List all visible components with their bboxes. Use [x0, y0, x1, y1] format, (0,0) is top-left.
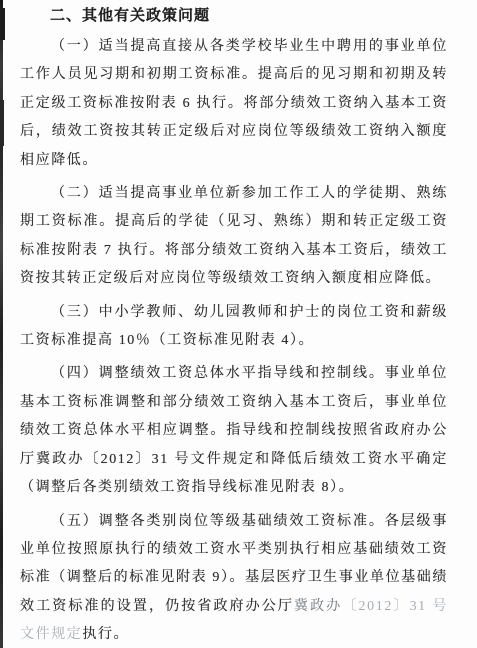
section-title: 二、其他有关政策问题 — [50, 6, 448, 25]
paragraph-5-end: 执行。 — [82, 627, 129, 642]
paragraph-3: （三）中小学教师、幼儿园教师和护士的岗位工资和薪级工资标准提高 10％（工资标准… — [20, 299, 448, 356]
scan-edge-artifact — [0, 0, 3, 648]
paragraph-5: （五）调整各类别岗位等级基础绩效工资标准。各层级事业单位按照原执行的绩效工资水平… — [20, 508, 448, 648]
paragraph-1: （一）适当提高直接从各类学校毕业生中聘用的事业单位工作人员见习期和初期工资标准。… — [20, 33, 448, 175]
document-page: 二、其他有关政策问题 （一）适当提高直接从各类学校毕业生中聘用的事业单位工作人员… — [0, 0, 477, 648]
scan-edge-notch-top — [0, 8, 5, 40]
paragraph-4: （四）调整绩效工资总体水平指导线和控制线。事业单位基本工资标准调整和部分绩效工资… — [20, 360, 448, 502]
scan-edge-notch-mid — [0, 100, 4, 146]
paragraph-2: （二）适当提高事业单位新参加工作工人的学徒期、熟练期工资标准。提高后的学徒（见习… — [20, 180, 448, 294]
paragraph-5-faded-mid: 冀政办 — [294, 599, 342, 614]
